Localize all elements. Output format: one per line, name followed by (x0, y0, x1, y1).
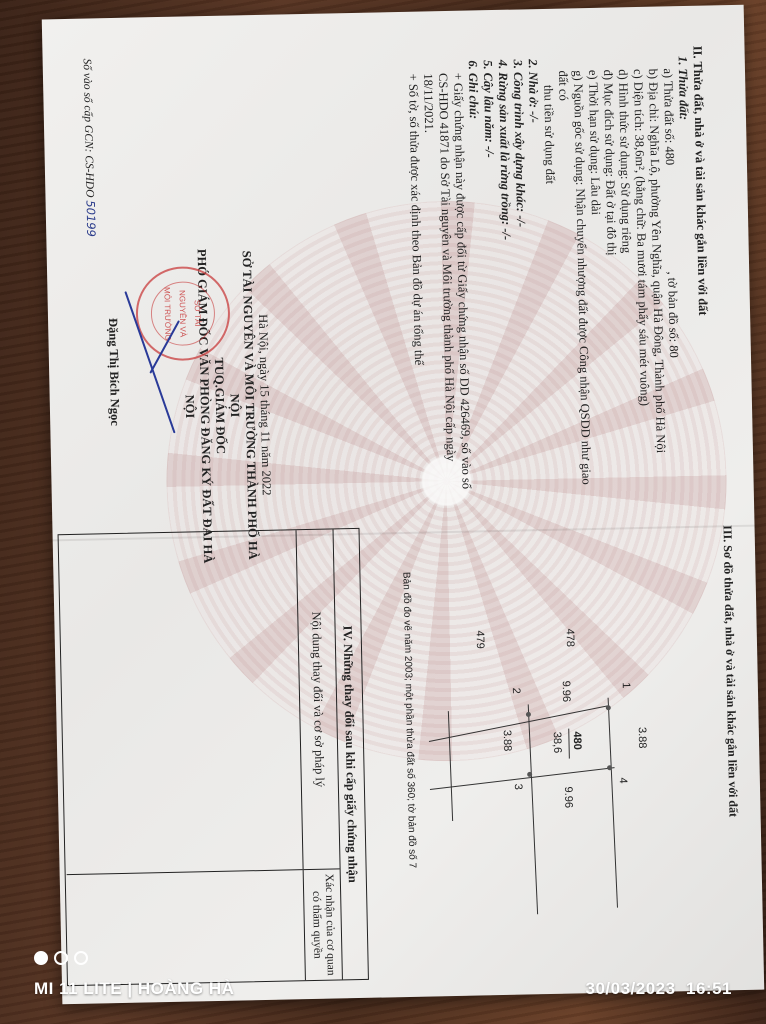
neighbor-parcel: 478 (564, 628, 576, 647)
edge-length: 9.96 (562, 786, 574, 808)
camera-mode-indicator (34, 951, 88, 965)
certificate-page: II. Thửa đất, nhà ở và tài sản khác gắn … (42, 5, 764, 1004)
registry-number: Số vào sổ cấp GCN: CS-HDO 50199 (79, 58, 99, 237)
parcel-area-label: 38,6 (551, 732, 563, 754)
point-label: 1 (620, 682, 632, 688)
registry-label: Số vào sổ cấp GCN: CS-HDO (81, 58, 96, 197)
registry-handwritten-number: 50199 (84, 200, 99, 237)
changes-cell (60, 530, 303, 875)
column-header-changes: Nội dung thay đổi và cơ sở pháp lý (297, 529, 340, 870)
mode-dot (74, 951, 88, 965)
column-header-confirmation: Xác nhận của cơ quan có thẩm quyền (304, 869, 342, 980)
section-4-changes-table: IV. Những thay đổi sau khi cấp giấy chứn… (58, 528, 369, 986)
point-label: 2 (510, 688, 522, 694)
device-watermark: MI 11 LITE | HOÀNG HÀ (34, 979, 234, 999)
neighbor-parcel: 479 (474, 630, 486, 649)
parcel-id-label: 480 (571, 731, 583, 750)
signer-name: Đặng Thị Bích Ngọc (105, 318, 122, 426)
mode-dot (54, 951, 68, 965)
edge-length: 3.88 (636, 727, 648, 749)
point-label: 4 (617, 777, 629, 783)
rotated-content: II. Thửa đất, nhà ở và tài sản khác gắn … (42, 5, 764, 1004)
point-label: 3 (512, 784, 524, 790)
parcel-diagram: 1 2 3 4 3.88 3.88 9.96 9.96 480 38,6 478… (405, 565, 724, 991)
section-3-heading: III. Sơ đồ thửa đất, nhà ở và tài sản kh… (720, 525, 741, 817)
confirmation-cell (67, 870, 305, 985)
edge-length: 3.88 (501, 730, 513, 752)
mode-dot-active (34, 951, 48, 965)
stamp-text: SỞ TÀI NGUYÊN VÀ MÔI TRƯỜNG (160, 282, 206, 345)
datetime-watermark: 30/03/2023 16:51 (585, 979, 732, 999)
edge-length: 9.96 (560, 681, 572, 703)
section-2-land-parcel: II. Thửa đất, nhà ở và tài sản khác gắn … (405, 46, 714, 492)
